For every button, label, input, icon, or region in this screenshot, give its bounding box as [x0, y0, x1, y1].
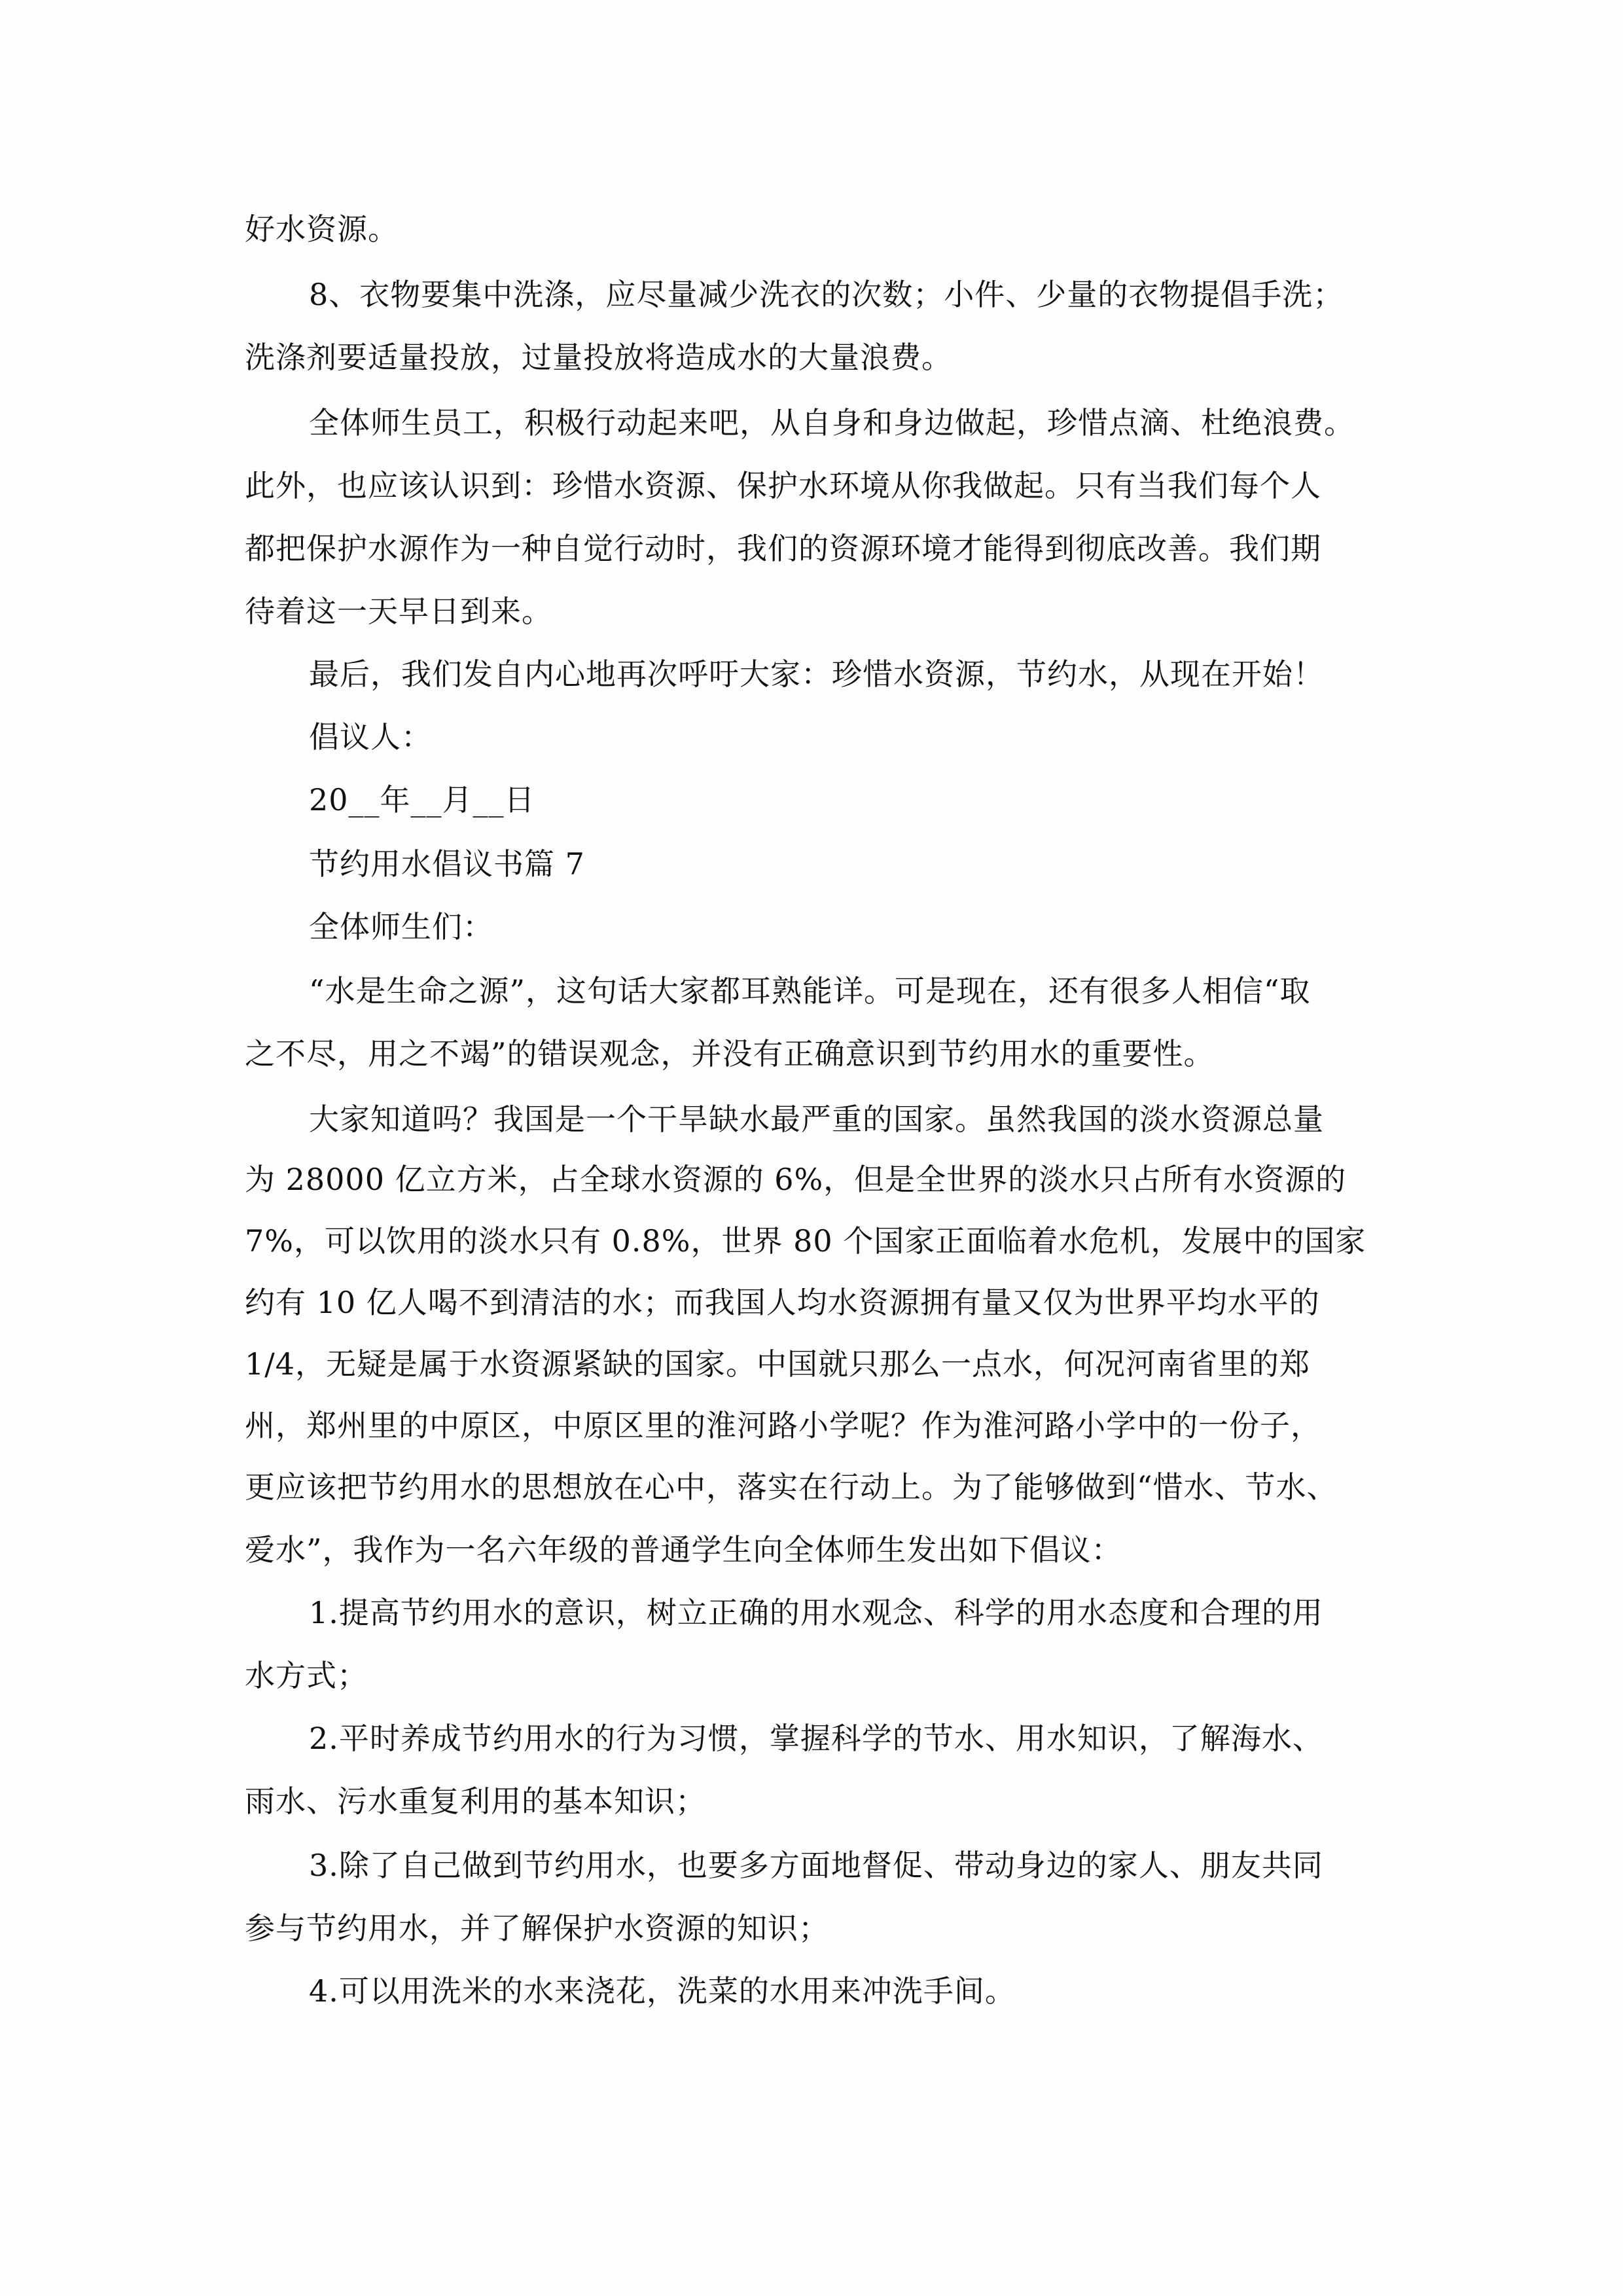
- list-item: 4.可以用洗米的水来浇花，洗菜的水用来冲洗手间。: [309, 1971, 1016, 2011]
- text-line: “水是生命之源”，这句话大家都耳熟能详。可是现在，还有很多人相信“取: [309, 971, 1311, 1011]
- text-line: 水方式；: [245, 1656, 368, 1695]
- text-line: 雨水、污水重复利用的基本知识；: [245, 1782, 706, 1821]
- text-line: 参与节约用水，并了解保护水资源的知识；: [245, 1909, 829, 1948]
- text-line: 都把保护水源作为一种自觉行动时，我们的资源环境才能得到彻底改善。我们期: [245, 529, 1321, 568]
- text-line: 约有 10 亿人喝不到清洁的水；而我国人均水资源拥有量又仅为世界平均水平的: [245, 1283, 1320, 1322]
- text-line: 好水资源。: [245, 209, 399, 249]
- text-line: 1/4，无疑是属于水资源紧缺的国家。中国就只那么一点水，何况河南省里的郑: [245, 1344, 1310, 1384]
- salutation: 全体师生们：: [309, 907, 493, 946]
- signatory-label: 倡议人：: [309, 717, 432, 757]
- text-line: 8、衣物要集中洗涤，应尽量减少洗衣的次数；小件、少量的衣物提倡手洗；: [309, 275, 1344, 314]
- text-line: 此外，也应该认识到：珍惜水资源、保护水环境从你我做起。只有当我们每个人: [245, 466, 1321, 505]
- text-line: 更应该把节约用水的思想放在心中，落实在行动上。为了能够做到“惜水、节水、: [245, 1467, 1338, 1507]
- list-item: 2.平时养成节约用水的行为习惯，掌握科学的节水、用水知识，了解海水、: [309, 1719, 1323, 1758]
- text-line: 洗涤剂要适量投放，过量投放将造成水的大量浪费。: [245, 338, 952, 377]
- text-line: 待着这一天早日到来。: [245, 592, 552, 631]
- text-line: 最后，我们发自内心地再次呼吁大家：珍惜水资源，节约水，从现在开始！: [309, 655, 1324, 694]
- date-line: 20__年__月__日: [309, 780, 535, 819]
- text-line: 爱水”，我作为一名六年级的普通学生向全体师生发出如下倡议：: [245, 1530, 1122, 1570]
- list-item: 1.提高节约用水的意识，树立正确的用水观念、科学的用水态度和合理的用: [309, 1593, 1323, 1632]
- text-line: 7%，可以饮用的淡水只有 0.8%，世界 80 个国家正面临着水危机，发展中的国…: [245, 1221, 1366, 1261]
- section-title: 节约用水倡议书篇 7: [309, 844, 585, 884]
- text-line: 全体师生员工，积极行动起来吧，从自身和身边做起，珍惜点滴、杜绝浪费。: [309, 403, 1355, 442]
- document-page: 好水资源。 8、衣物要集中洗涤，应尽量减少洗衣的次数；小件、少量的衣物提倡手洗；…: [0, 0, 1623, 2296]
- text-line: 州，郑州里的中原区，中原区里的淮河路小学呢？作为淮河路小学中的一份子，: [245, 1406, 1321, 1445]
- text-line: 大家知道吗？我国是一个干旱缺水最严重的国家。虽然我国的淡水资源总量: [309, 1100, 1324, 1139]
- text-line: 为 28000 亿立方米，占全球水资源的 6%，但是全世界的淡水只占所有水资源的: [245, 1160, 1346, 1199]
- list-item: 3.除了自己做到节约用水，也要多方面地督促、带动身边的家人、朋友共同: [309, 1846, 1323, 1885]
- text-line: 之不尽，用之不竭”的错误观念，并没有正确意识到节约用水的重要性。: [245, 1034, 1215, 1073]
